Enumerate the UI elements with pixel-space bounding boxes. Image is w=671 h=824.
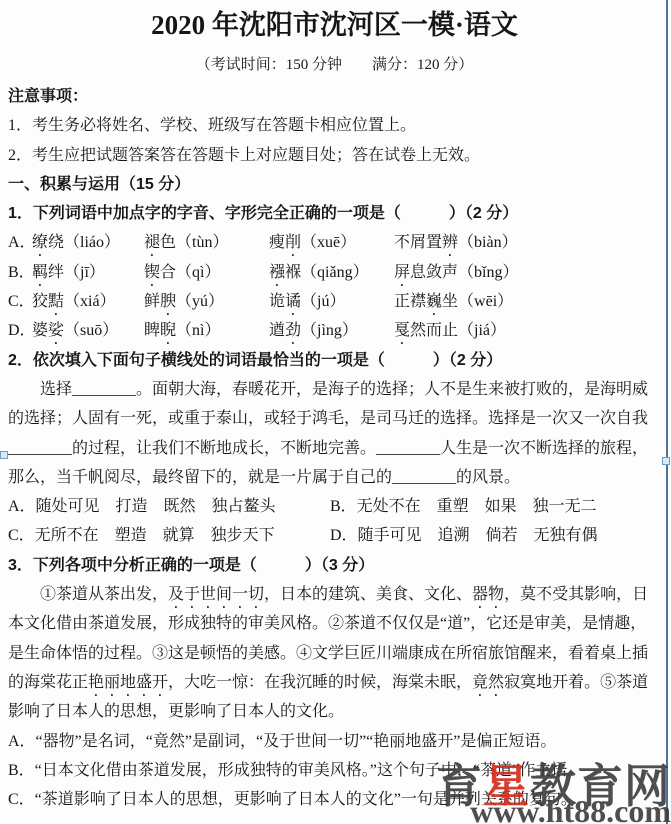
q2-passage-line-4: 那么，当千帆阅尽，最终留下的，就是一片属于自己的________的风景。 bbox=[8, 463, 661, 492]
emphasized-char: 巍 bbox=[426, 293, 442, 310]
text-segment: 息敛声（bǐng） bbox=[410, 264, 518, 281]
emphasized-char: 缭 bbox=[32, 234, 48, 251]
selection-handle-left[interactable] bbox=[0, 451, 8, 459]
q2-option-d: D．随手可见 追溯 倘若 无独有偶 bbox=[330, 521, 598, 550]
q3-option-a: A．“器物”是名词，“竟然”是副词，“及于世间一切”“艳丽地盛开”是偏正短语。 bbox=[8, 727, 661, 756]
text-segment: 正襟 bbox=[394, 293, 426, 310]
text-segment: （suō） bbox=[64, 322, 118, 339]
q3-passage-line-5: 影响了日本人的思想，更影响了日本人的文化。 bbox=[8, 697, 661, 726]
emphasized-char: 腴 bbox=[160, 293, 176, 310]
q1-word: 羁绊（jī） bbox=[32, 258, 144, 290]
page-edge-line bbox=[666, 0, 668, 824]
q1-row-a: A． 缭绕（liáo） 褪色（tùn） 瘦削（xuē） 不屑置辨（biàn） bbox=[8, 228, 661, 257]
emphasized-char: 辨 bbox=[442, 234, 458, 251]
q1-word: 不屑置辨（biàn） bbox=[394, 228, 661, 260]
text-segment: 遒 bbox=[269, 322, 285, 339]
q2-stem: 2．依次填入下面句子横线处的词语最恰当的一项是（ ）（2 分） bbox=[8, 346, 661, 375]
text-segment: 不屑置 bbox=[394, 234, 442, 251]
q1-row-d: D． 婆娑（suō） 睥睨（nì） 遒劲（jìng） 戛然而止（jiá） bbox=[8, 316, 661, 345]
text-segment: （xiá） bbox=[64, 293, 116, 310]
text-segment: 鲜 bbox=[144, 293, 160, 310]
emphasized-char: 屏 bbox=[394, 264, 410, 281]
text-segment: ，大吃一惊：在我沉睡的时候，海棠未眠， bbox=[168, 674, 472, 691]
q2-options-row-2: C．无所不在 塑造 就算 独步天下 D．随手可见 追溯 倘若 无独有偶 bbox=[8, 521, 661, 550]
emphasized-char: 褪 bbox=[144, 234, 160, 251]
q1-word: 襁褓（qiǎng） bbox=[269, 258, 394, 290]
q1-word: 睥睨（nì） bbox=[144, 316, 269, 348]
emphasized-char: 戛 bbox=[394, 322, 410, 339]
q1-row-a-label: A． bbox=[8, 228, 32, 260]
note-item-1: 1．考生务必将姓名、学校、班级写在答题卡相应位置上。 bbox=[8, 111, 661, 140]
q1-word: 锲合（qì） bbox=[144, 258, 269, 290]
text-segment: 诡 bbox=[269, 293, 285, 310]
q1-word: 遒劲（jìng） bbox=[269, 316, 394, 348]
q1-row-d-label: D． bbox=[8, 316, 32, 348]
q1-row-c: C． 狡黠（xiá） 鲜腴（yú） 诡谲（jú） 正襟巍坐（wēi） bbox=[8, 287, 661, 316]
q1-stem: 1．下列词语中加点字的字音、字形完全正确的一项是（ ）（2 分） bbox=[8, 199, 661, 228]
emphasized-char: 锲 bbox=[144, 264, 160, 281]
q1-word: 正襟巍坐（wēi） bbox=[394, 287, 661, 319]
q3-passage-line-2: 本文化借由茶道发展，形成独特的审美风格。②茶道不仅仅是“道”，它还是审美，是情趣… bbox=[8, 609, 661, 638]
q2-passage-line-2: 的选择；人固有一死，或重于泰山，或轻于鸿毛，是司马迁的选择。选择是一次又一次自我 bbox=[8, 404, 661, 433]
text-segment: 寂寞地开着。⑤茶道 bbox=[504, 674, 648, 691]
emphasized-char: 竟然 bbox=[472, 674, 504, 691]
section-heading: 一、积累与运用（15 分） bbox=[8, 170, 661, 199]
exam-info: （考试时间：150 分钟 满分：120 分） bbox=[8, 48, 661, 82]
q1-row-b: B． 羁绊（jī） 锲合（qì） 襁褓（qiǎng） 屏息敛声（bǐng） bbox=[8, 258, 661, 287]
emphasized-char: 谲 bbox=[285, 293, 301, 310]
q1-word: 诡谲（jú） bbox=[269, 287, 394, 319]
q3-option-c: C．“茶道影响了日本人的思想，更影响了日本人的文化”一句是并列关系的复句。 bbox=[8, 785, 661, 814]
text-segment: ，莫不受其影响，日 bbox=[504, 586, 648, 603]
emphasized-char: 黠 bbox=[48, 293, 64, 310]
text-segment: 绕（liáo） bbox=[48, 234, 120, 251]
q1-word: 婆娑（suō） bbox=[32, 316, 144, 348]
exam-document: 2020 年沈阳市沈河区一模·语文 （考试时间：150 分钟 满分：120 分）… bbox=[0, 2, 671, 814]
q1-word: 屏息敛声（bǐng） bbox=[394, 258, 661, 290]
emphasized-char: 羁 bbox=[32, 264, 48, 281]
text-segment: （jú） bbox=[301, 293, 345, 310]
text-segment: ，日本的建筑、美食、文化、 bbox=[264, 586, 472, 603]
text-segment: （yú） bbox=[176, 293, 224, 310]
text-segment: 坐（wēi） bbox=[442, 293, 513, 310]
q1-word: 瘦削（xuē） bbox=[269, 228, 394, 260]
q2-option-c: C．无所不在 塑造 就算 独步天下 bbox=[8, 521, 330, 550]
text-segment: （xuē） bbox=[301, 234, 356, 251]
text-segment: 睥 bbox=[144, 322, 160, 339]
q3-passage-line-1: ①茶道从茶出发，及于世间一切，日本的建筑、美食、文化、器物，莫不受其影响，日 bbox=[8, 580, 661, 609]
exam-paper-page: { "colors":{ "watermark_dark":"#3c3c3c",… bbox=[0, 0, 671, 824]
q2-passage-line-3: ________的过程，让我们不断地成长，不断地完善。________人生是一次… bbox=[8, 434, 661, 463]
q1-word: 鲜腴（yú） bbox=[144, 287, 269, 319]
text-segment: 瘦 bbox=[269, 234, 285, 251]
page-title: 2020 年沈阳市沈河区一模·语文 bbox=[8, 2, 661, 48]
text-segment: 婆 bbox=[32, 322, 48, 339]
note-item-2: 2．考生应把试题答案答在答题卡上对应题目处；答在试卷上无效。 bbox=[8, 141, 661, 170]
emphasized-char: 器物 bbox=[472, 586, 504, 603]
text-segment: ①茶道从茶出发， bbox=[40, 586, 168, 603]
text-segment: 合（qì） bbox=[160, 264, 220, 281]
emphasized-char: 劲 bbox=[285, 322, 301, 339]
q1-word: 褪色（tùn） bbox=[144, 228, 269, 260]
text-segment: 褓（qiǎng） bbox=[285, 264, 369, 281]
q3-passage-line-3: 是生命体悟的过程。③这是顿悟的美感。④文学巨匠川端康成在所宿旅馆醒来，看着桌上插 bbox=[8, 639, 661, 668]
q1-word: 缭绕（liáo） bbox=[32, 228, 144, 260]
text-segment: 狡 bbox=[32, 293, 48, 310]
emphasized-char: 艳丽地盛开 bbox=[88, 674, 168, 691]
text-segment: 的海棠花正 bbox=[8, 674, 88, 691]
q3-stem: 3．下列各项中分析正确的一项是（ ）（3 分） bbox=[8, 551, 661, 580]
q1-word: 狡黠（xiá） bbox=[32, 287, 144, 319]
q1-word: 戛然而止（jiá） bbox=[394, 316, 661, 348]
text-segment: （nì） bbox=[176, 322, 220, 339]
q2-option-a: A．随处可见 打造 既然 独占鳌头 bbox=[8, 492, 330, 521]
notes-heading: 注意事项： bbox=[8, 82, 661, 111]
q3-option-b: B．“日本文化借由茶道发展，形成独特的审美风格。”这个句子中，“茶道”作主语。 bbox=[8, 756, 661, 785]
text-segment: （biàn） bbox=[458, 234, 518, 251]
text-segment: 然而止（jiá） bbox=[410, 322, 506, 339]
q2-passage-line-1: 选择________。面朝大海，春暖花开，是海子的选择；人不是生来被打败的，是海… bbox=[8, 375, 661, 404]
q3-passage-line-4: 的海棠花正艳丽地盛开，大吃一惊：在我沉睡的时候，海棠未眠，竟然寂寞地开着。⑤茶道 bbox=[8, 668, 661, 697]
q1-row-c-label: C． bbox=[8, 287, 32, 319]
selection-handle-right[interactable] bbox=[662, 457, 670, 465]
emphasized-char: 睨 bbox=[160, 322, 176, 339]
q2-option-b: B．无处不在 重塑 如果 独一无二 bbox=[330, 492, 597, 521]
emphasized-char: 及于世间一切 bbox=[168, 586, 264, 603]
q1-row-b-label: B． bbox=[8, 258, 32, 290]
emphasized-char: 襁 bbox=[269, 264, 285, 281]
text-segment: 色（tùn） bbox=[160, 234, 228, 251]
text-segment: 绊（jī） bbox=[48, 264, 105, 281]
q2-options-row-1: A．随处可见 打造 既然 独占鳌头 B．无处不在 重塑 如果 独一无二 bbox=[8, 492, 661, 521]
emphasized-char: 娑 bbox=[48, 322, 64, 339]
emphasized-char: 削 bbox=[285, 234, 301, 251]
text-segment: （jìng） bbox=[301, 322, 358, 339]
